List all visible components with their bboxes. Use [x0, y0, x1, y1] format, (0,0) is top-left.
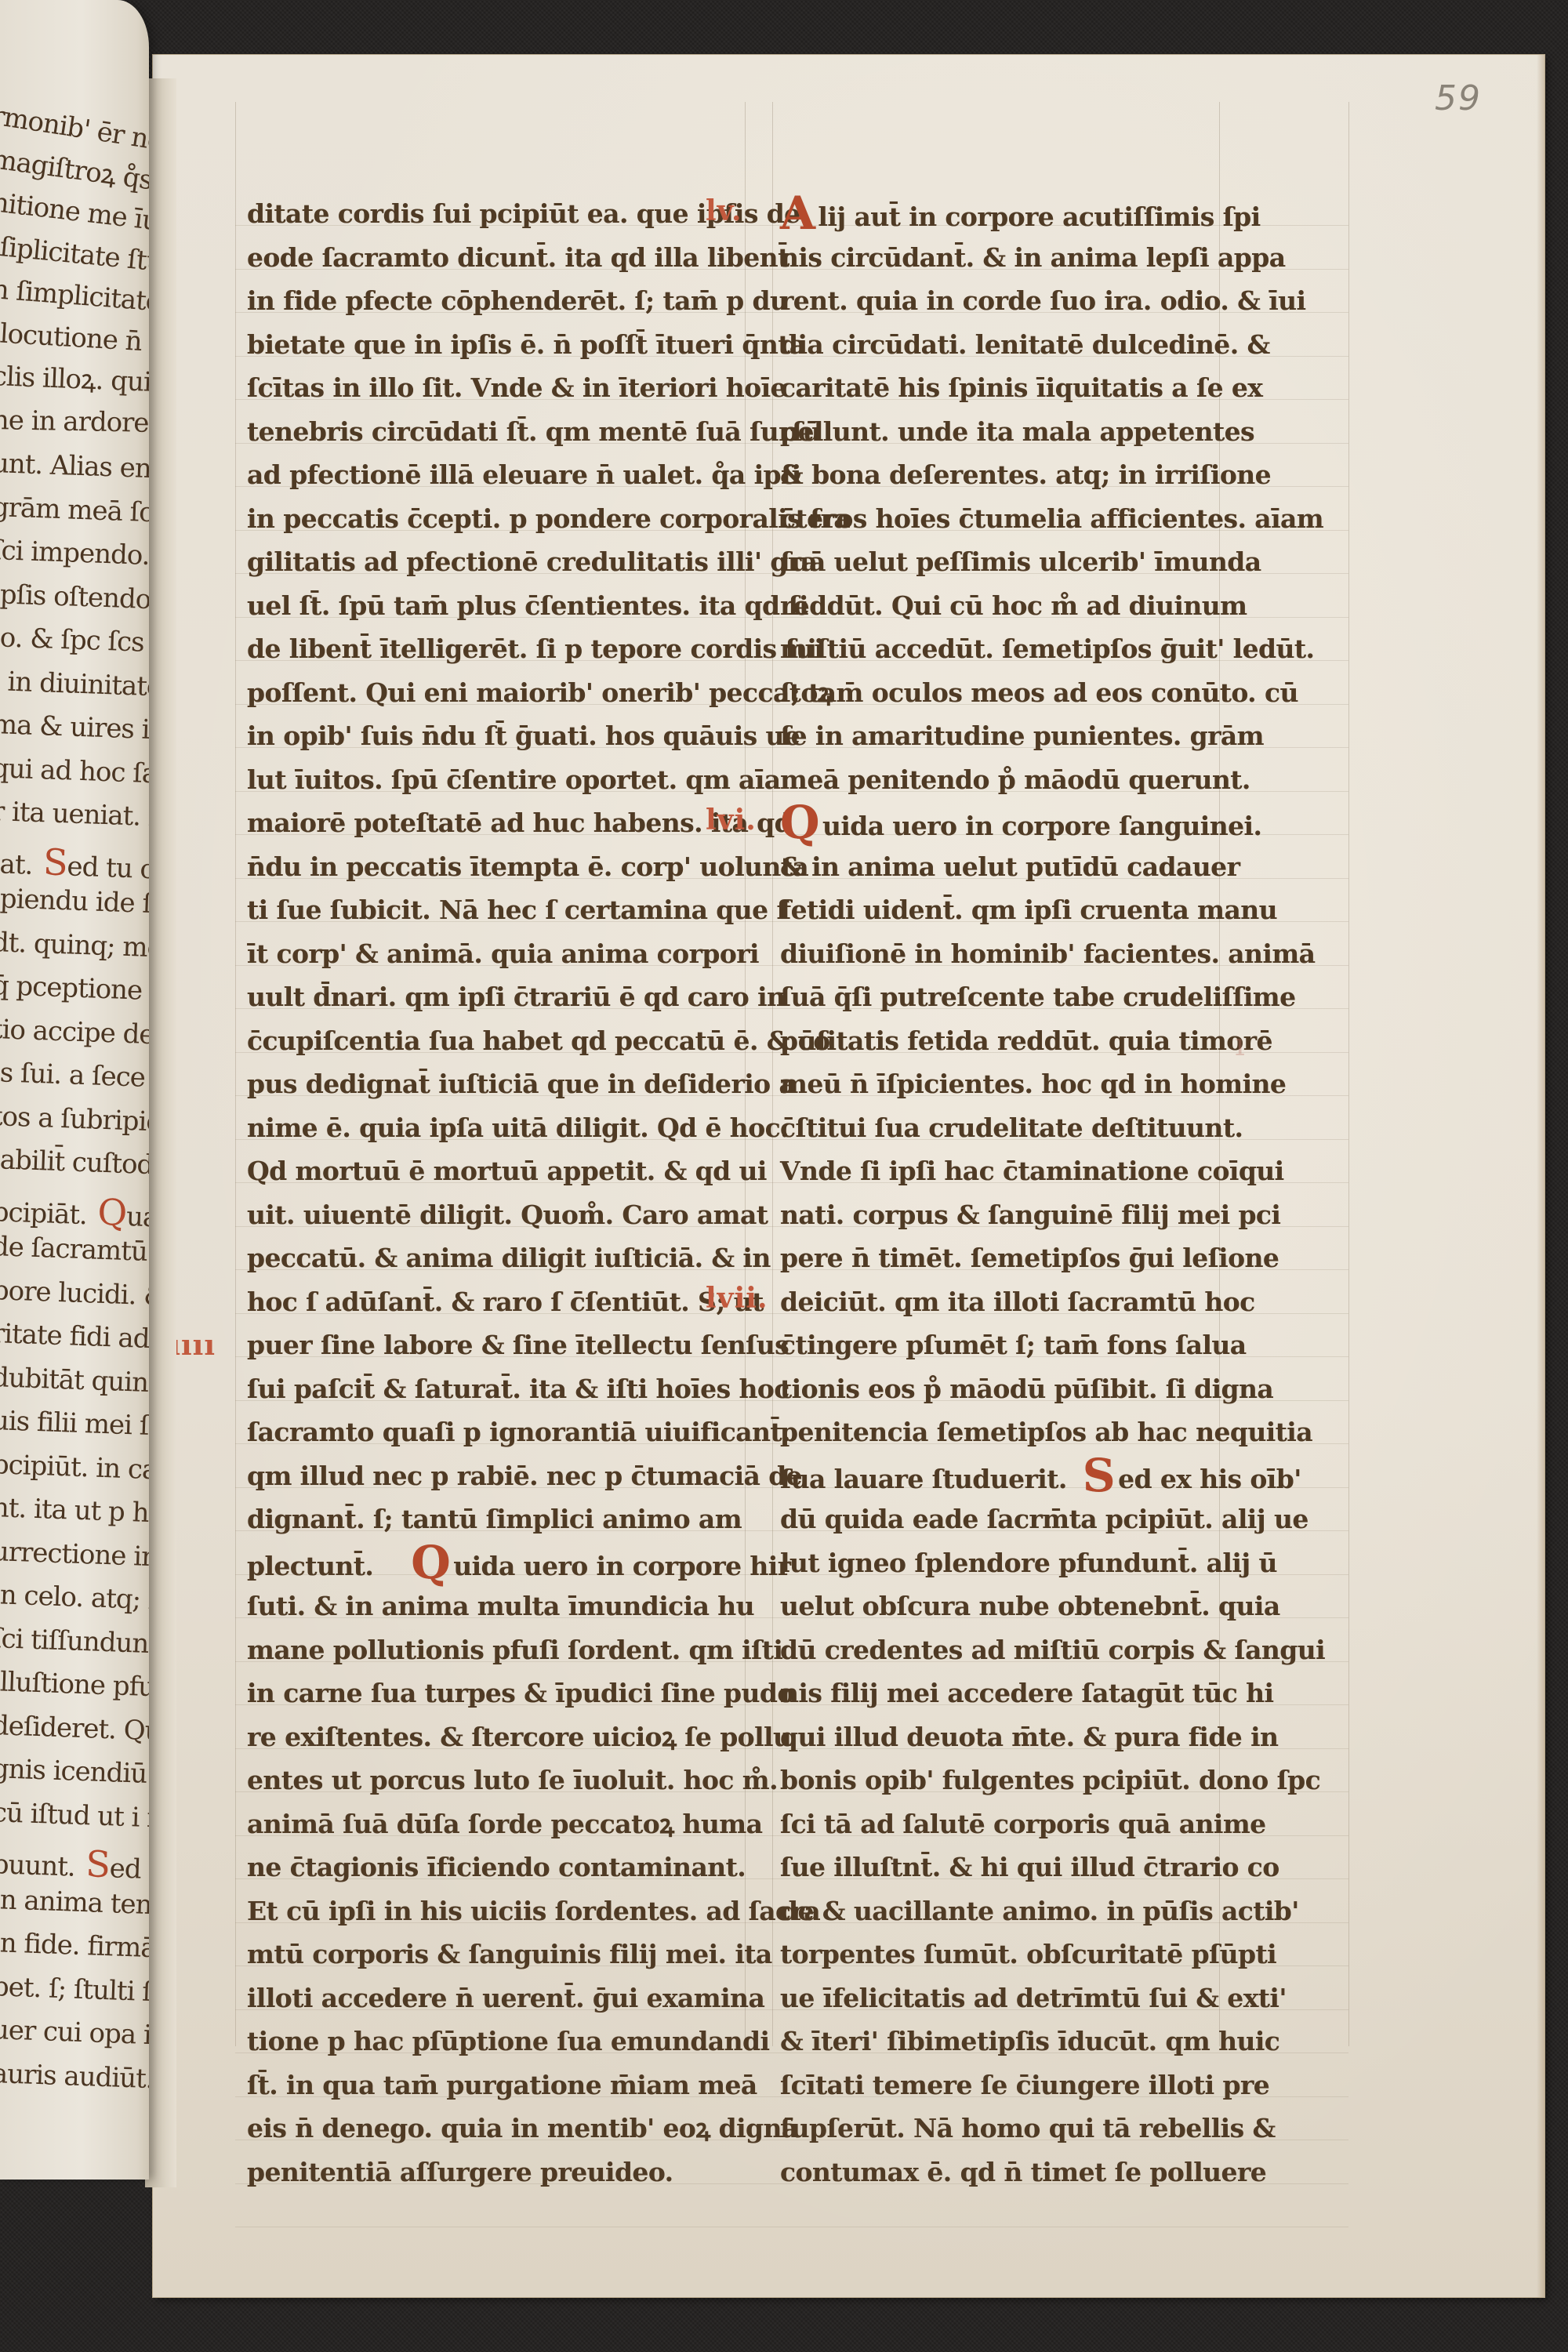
facing-page-line: tos a ſubripiente in	[0, 1103, 149, 1136]
line-text: tione p hac pſūptione ſua emundandi	[247, 2026, 769, 2056]
line-text: nis circūdant̄. & in anima lepſi appa	[780, 242, 1286, 273]
line-text: eode ſacramto dicunt̄. ita qd illa liben…	[247, 242, 789, 273]
facing-page-line: uis filii mei ſit. & iſti	[0, 1407, 149, 1440]
line-text: deiciūt. qm ita illoti ſacramtū hoc	[780, 1287, 1255, 1317]
facing-page-line: in anima tenebroſi in	[0, 1886, 149, 1919]
line-text: uer cui opa in ſtulticia	[0, 2014, 149, 2055]
line-text: dignant̄. ſ; tantū ſimplici animo am	[247, 1504, 742, 1534]
facing-page-line: ipſis oſtendo. qm filii	[0, 581, 149, 614]
manuscript-line: miſtiū accedūt. ſemetipſos ḡuit' ledūt.	[780, 627, 1203, 671]
manuscript-line: Vnde ſi ipſi hac c̄taminatione coīqui	[780, 1149, 1203, 1193]
line-text: ma & uires illi unus	[0, 709, 149, 749]
manuscript-line: penitentiā aſſurgere preuideo.	[247, 2151, 733, 2194]
line-text: urrectione in eode co	[0, 1536, 149, 1577]
facing-page-line: ipiendu ide ſacrm̄	[0, 885, 149, 918]
manuscript-line: ſacramto quaſi p ignorantiā uiuificant̄.	[247, 1410, 733, 1454]
line-text: ſcītati temere ſe c̄iungere illoti pre	[780, 2070, 1269, 2100]
manuscript-line: n̄du in peccatis ītempta ē. corp' uolunt…	[247, 845, 733, 889]
facing-page-line: cū iſtud ut i ſupno	[0, 1799, 149, 1832]
rubricated-initial: S	[1083, 1449, 1115, 1502]
line-text: uit. uiuentē diligit. Quom̊. Caro amat	[247, 1200, 768, 1230]
line-text: ritate fidi ad ide ſa	[0, 1318, 149, 1357]
manuscript-line: pus dedignat̄ iuſticiā que in deſiderio …	[247, 1062, 733, 1106]
manuscript-line: ſue illuſtnt̄. & hi qui illud c̄trario c…	[780, 1846, 1203, 1889]
facing-page-line: lſiplicitate ſtulte ſapien	[0, 233, 149, 276]
line-text: caritatē his ſpinis īiquitatis a ſe ex	[780, 372, 1262, 403]
manuscript-line: reddūt. Qui cū hoc m̊ ad diuinum	[780, 584, 1203, 628]
manuscript-line: ſcītati temere ſe c̄iungere illoti pre	[780, 2063, 1203, 2107]
manuscript-line: pellunt. unde ita mala appetentes	[780, 410, 1203, 454]
line-text: clis illoꝝ. qui me deuo	[0, 361, 149, 403]
manuscript-line: uelut obſcura nube obtenebnt̄. quia	[780, 1584, 1203, 1628]
folio-number: 59	[1435, 78, 1482, 118]
manuscript-line: bietate que in ipſis ē. n̄ poſſt̄ ītueri…	[247, 323, 733, 367]
line-text: in peccatis c̄cepti. p pondere corporali…	[247, 503, 850, 534]
line-text: ipiendu ide ſacrm̄	[0, 883, 149, 922]
facing-page-line: qui ad hoc ſacrm̄	[0, 755, 149, 788]
line-text: pcipiāt.	[0, 1196, 88, 1231]
line-text: meū n̄ īſpicientes. hoc qd in homine	[780, 1069, 1286, 1099]
line-text: pore lucidi. & in an	[0, 1275, 149, 1315]
manuscript-line: gilitatis ad pfectionē credulitatis illi…	[247, 540, 733, 584]
ruling-line	[235, 2227, 1348, 2227]
line-text: cū iſtud ut i ſupno	[0, 1797, 149, 1836]
line-text: uida uero in corpore ſanguinei.	[822, 811, 1261, 841]
line-text: ſua lauare ſtuduerit.	[780, 1464, 1067, 1494]
manuscript-line: in peccatis c̄cepti. p pondere corporali…	[247, 497, 733, 541]
manuscript-line: eode ſacramto dicunt̄. ita qd illa liben…	[247, 236, 733, 280]
line-text: uel ſt̄. ſpū tam̄ plus c̄ſentientes. ita…	[247, 590, 808, 621]
line-text: uis filii mei ſit. & iſti	[0, 1405, 149, 1445]
line-text: bet. ſ; ſtulti ſt ſapienti	[0, 1971, 149, 2012]
manuscript-line: nime ē. quia ipſa uitā diligit. Qd ē hoc…	[247, 1106, 733, 1150]
line-text: tos a ſubripiente in	[0, 1101, 149, 1141]
faint-offset-mark: ı	[1235, 1027, 1245, 1063]
manuscript-line: puer ſine labore & ſine ītellectu ſenſus	[247, 1323, 733, 1367]
line-text: bonis opib' fulgentes pcipiūt. dono ſpc	[780, 1765, 1320, 1795]
manuscript-line: ne c̄tagionis īficiendo contaminant.	[247, 1846, 733, 1889]
rubric-chapter-number: lv.	[706, 194, 742, 227]
ruling-line	[235, 102, 236, 2046]
line-text: ſt̄. in qua tam̄ purgatione m̄iam meā	[247, 2070, 757, 2100]
facing-page-line: gnis icendiū excitat.	[0, 1755, 149, 1788]
line-text: tenebris circūdati ſt̄. qm mentē ſuā ſur…	[247, 416, 821, 447]
line-text: lij aut̄ in corpore acutiſſimis ſpi	[818, 201, 1260, 232]
line-text: mane pollutionis pfuſi ſordent. qm iſti	[247, 1635, 782, 1665]
facing-page-line: q̄ pceptione diuin	[0, 972, 149, 1005]
manuscript-line: qui illud deuota m̄te. & pura fide in	[780, 1715, 1203, 1759]
line-text: de libent̄ ītelligerēt. ſi p tepore cord…	[247, 633, 823, 664]
manuscript-line: dū quida eade ſacrm̄ta pcipiūt. alij ue	[780, 1497, 1203, 1541]
line-text: lut igneo ſplendore pfundunt̄. alij ū	[780, 1548, 1277, 1578]
line-text: ſuā q̄ſi putreſcente tabe crudeliſſime	[780, 982, 1296, 1012]
line-text: pūſitatis fetida reddūt. quia timorē	[780, 1025, 1272, 1056]
facing-page-line: nitione me īuocare eda	[0, 189, 149, 235]
line-text: ſui paſcit̄ & ſaturat̄. ita & iſti hoīes…	[247, 1374, 789, 1404]
manuscript-line: Qd mortuū ē mortuū appetit. & qd ui	[247, 1149, 733, 1193]
rubricated-initial: A	[780, 187, 815, 240]
manuscript-line: in opib' ſuis n̄du ſt̄ ḡuati. hos quāuis…	[247, 714, 733, 758]
line-text: hoc ſ adūſant̄. & raro ſ c̄ſentiūt. S; u…	[247, 1287, 764, 1317]
manuscript-line: ſupſerūt. Nā homo qui tā rebellis &	[780, 2107, 1203, 2151]
manuscript-line: ti ſue ſubicit. Nā hec ſ certamina que ſ	[247, 888, 733, 932]
line-text: rent. quia in corde ſuo ira. odio. & īui	[780, 285, 1305, 316]
facing-page-line: llocutione n̄ delector.	[0, 320, 149, 357]
line-text: qui illud deuota m̄te. & pura fide in	[780, 1722, 1278, 1752]
line-text: ed ex his oīb'	[1118, 1464, 1301, 1494]
manuscript-line: ſe in amaritudine punientes. grām	[780, 714, 1203, 758]
line-text: pus dedignat̄ iuſticiā que in deſiderio …	[247, 1069, 795, 1099]
line-text: ue īfelicitatis ad detrīmtū ſui & exti'	[780, 1983, 1287, 2013]
manuscript-line: Quida uero in corpore ſanguinei.	[780, 801, 1203, 845]
line-text: ſacramto quaſi p ignorantiā uiuificant̄.	[247, 1417, 790, 1447]
manuscript-line: pūſitatis fetida reddūt. quia timorē	[780, 1019, 1203, 1063]
manuscript-line: poſſent. Qui eni maiorib' onerib' peccat…	[247, 671, 733, 715]
manuscript-line: ſui paſcit̄ & ſaturat̄. ita & iſti hoīes…	[247, 1367, 733, 1411]
facing-page-line: i in diuinitate ſumus	[0, 668, 149, 701]
manuscript-line: & in anima uelut putīdū cadauer	[780, 845, 1203, 889]
spine-gutter	[145, 78, 176, 2187]
line-text: & in anima uelut putīdū cadauer	[780, 851, 1240, 882]
line-text: illuſtione pfuſi. tra	[0, 1666, 149, 1705]
line-text: de ſacramtū ut	[0, 1231, 149, 1269]
facing-page-line: pcipiāt. Qua ppri	[0, 1190, 149, 1232]
line-text: gilitatis ad pfectionē credulitatis illi…	[247, 546, 817, 577]
manuscript-line: deiciūt. qm ita illoti ſacramtū hoc	[780, 1280, 1203, 1324]
line-text: ti ſue ſubicit. Nā hec ſ certamina que ſ	[247, 895, 787, 925]
line-text: c̄tingere pſumēt ſ; tam̄ fons ſalua	[780, 1330, 1247, 1360]
line-text: labilit̄ cuſtodiāt.	[0, 1144, 149, 1182]
facing-page-line: labilit̄ cuſtodiāt.	[0, 1146, 149, 1179]
line-text: lo. & ſpc ſcs in nobis &	[0, 622, 149, 663]
manuscript-line: qm illud nec p rabiē. nec p c̄tumaciā de	[247, 1454, 733, 1498]
line-text: unt. Alias eni elects	[0, 448, 149, 488]
manuscript-line: eis n̄ denego. quia in mentib' eoꝝ dignā	[247, 2107, 733, 2151]
line-text: plectunt̄.	[247, 1551, 373, 1581]
line-text: ed tu oſio du	[67, 851, 149, 887]
line-text: meā penitendo p̊ māodū querunt.	[780, 764, 1250, 795]
facing-page-line: dt. quinq; modos m	[0, 929, 149, 962]
line-text: animā ſuā dūſa ſorde peccatoꝝ huma	[247, 1809, 762, 1839]
manuscript-line: c̄cupiſcentia ſua habet qd peccatū ē. & …	[247, 1019, 733, 1063]
facing-page-line: urrectione in eode co	[0, 1538, 149, 1571]
facing-page-line: grām meā ſcdm meu	[0, 494, 149, 527]
line-text: de & uacillante animo. in pūſis actib'	[780, 1896, 1299, 1926]
line-text: ſci impendo. in hoc au	[0, 535, 149, 576]
line-text: q̄ pceptione diuin	[0, 970, 149, 1009]
manuscript-line: contumax ē. qd n̄ timet ſe polluere	[780, 2151, 1203, 2194]
line-text: in celo. atq; in anima	[0, 1579, 149, 1620]
line-text: lut īuitos. ſpū c̄ſentire oportet. qm aī…	[247, 764, 781, 795]
line-text: in fide. firmā fide ad	[0, 1927, 149, 1967]
line-text: ipſis oſtendo. qm filii	[0, 579, 149, 619]
line-text: poſſent. Qui eni maiorib' onerib' peccat…	[247, 677, 832, 708]
manuscript-line: dū credentes ad miſtiū corpis & ſangui	[780, 1628, 1203, 1672]
manuscript-line: dia circūdati. lenitatē dulcedinē. &	[780, 323, 1203, 367]
rubric-chapter-number: lvii.	[706, 1282, 768, 1315]
line-text: ſue illuſtnt̄. & hi qui illud c̄trario c…	[780, 1852, 1279, 1882]
line-text: ſe in amaritudine punientes. grām	[780, 720, 1264, 751]
line-text: pere n̄ timēt. ſemetipſos ḡui leſione	[780, 1243, 1279, 1273]
line-text: dia circūdati. lenitatē dulcedinē. &	[780, 329, 1270, 360]
line-text: bietate que in ipſis ē. n̄ poſſt̄ ītueri…	[247, 329, 806, 360]
line-text: dū credentes ad miſtiū corpis & ſangui	[780, 1635, 1325, 1665]
manuscript-line: īt corp' & animā. quia anima corpori	[247, 932, 733, 976]
line-text: penitencia ſemetipſos ab hac nequitia	[780, 1417, 1312, 1447]
line-text: peccatū. & anima diligit iuſticiā. & in	[247, 1243, 771, 1273]
manuscript-line: lut igneo ſplendore pfundunt̄. alij ū	[780, 1541, 1203, 1585]
manuscript-line: ditate cordis ſui pcipiūt ea. que ipſis …	[247, 192, 733, 236]
manuscript-line: nis circūdant̄. & in anima lepſi appa	[780, 236, 1203, 280]
line-text: tio accipe deſiderā	[0, 1014, 149, 1054]
line-text: torpentes ſumūt. obſcuritatē pſūpti	[780, 1939, 1276, 1969]
line-text: qm illud nec p rabiē. nec p c̄tumaciā de	[247, 1461, 802, 1491]
text-column-b: Alij aut̄ in corpore acutiſſimis ſpinis …	[780, 192, 1203, 2194]
left-facing-page: rmonib' ēr nolo. ſ; in relamagiſtroꝝ q̊s…	[0, 0, 149, 2180]
facing-page-line: lo. & ſpc ſcs in nobis &	[0, 624, 149, 657]
facing-page-line: auris audiūt. & in tar	[0, 2060, 149, 2093]
facing-page-line: dubitāt quin ueri	[0, 1364, 149, 1397]
line-text: dū quida eade ſacrm̄ta pcipiūt. alij ue	[780, 1504, 1308, 1534]
line-text: gnis icendiū excitat.	[0, 1753, 149, 1793]
manuscript-line: & bona deſerentes. atq; in irriſione	[780, 453, 1203, 497]
manuscript-line: ſci tā ad ſalutē corporis quā anime	[780, 1802, 1203, 1846]
facing-page-line: magiſtroꝝ q̊s donū ſci	[0, 146, 149, 195]
manuscript-line: diuiſionē in hominib' facientes. animā	[780, 932, 1203, 976]
line-text: mtū corporis & ſanguinis filij mei. ita	[247, 1939, 772, 1969]
manuscript-page-recto: 59 ditate cordis ſui pcipiūt ea. que ipſ…	[153, 55, 1544, 2297]
line-text: auris audiūt. & in tar	[0, 2058, 149, 2099]
line-text: re exiſtentes. & ſtercore uicioꝝ ſe poll…	[247, 1722, 791, 1752]
manuscript-line: fetidi uident̄. qm ipſi cruenta manu	[780, 888, 1203, 932]
line-text: qui ad hoc ſacrm̄	[0, 753, 149, 792]
line-text: c̄ſtitui ſua crudelitate deſtituunt.	[780, 1112, 1243, 1143]
manuscript-line: illoti accedere n̄ uerent̄. ḡui examina	[247, 1976, 733, 2020]
manuscript-line: ſt̄. in qua tam̄ purgatione m̄iam meā	[247, 2063, 733, 2107]
ruling-line	[1348, 102, 1349, 2046]
line-text: īt corp' & animā. quia anima corpori	[247, 938, 759, 969]
line-text: buunt.	[0, 1849, 75, 1883]
rubricated-initial: Q	[411, 1536, 450, 1589]
line-text: Vnde ſi ipſi hac c̄taminatione coīqui	[780, 1156, 1284, 1186]
manuscript-line: uel ſt̄. ſpū tam̄ plus c̄ſentientes. ita…	[247, 584, 733, 628]
manuscript-line: tenebris circūdati ſt̄. qm mentē ſuā ſur…	[247, 410, 733, 454]
line-text: ſuti. & in anima multa īmundicia hu	[247, 1591, 754, 1621]
facing-page-line: ſci tiſſundunt & ac	[0, 1625, 149, 1658]
line-text: nime ē. quia ipſa uitā diligit. Qd ē hoc…	[247, 1112, 789, 1143]
line-text: ed alii in	[109, 1853, 149, 1888]
manuscript-line: caritatē his ſpinis īiquitatis a ſe ex	[780, 366, 1203, 410]
facing-page-line: illuſtione pfuſi. tra	[0, 1668, 149, 1701]
line-text: eis n̄ denego. quia in mentib' eoꝝ dignā	[247, 2113, 798, 2143]
manuscript-line: mtū corporis & ſanguinis filij mei. ita	[247, 1933, 733, 1976]
manuscript-line: maiorē poteſtatē ad huc habens. ita qd	[247, 801, 733, 845]
line-text: deſideret. Quomodo	[0, 1710, 149, 1750]
line-text: puer ſine labore & ſine ītellectu ſenſus	[247, 1330, 789, 1360]
facing-page-line: in fide. firmā fide ad	[0, 1929, 149, 1962]
facing-page-line: deſideret. Quomodo	[0, 1712, 149, 1745]
manuscript-line: mane pollutionis pfuſi ſordent. qm iſti	[247, 1628, 733, 1672]
manuscript-line: tionis eos p̊ māodū pūſibit. ſi digna	[780, 1367, 1203, 1411]
line-text: ſcītas in illo ſit. Vnde & in īteriori h…	[247, 372, 786, 403]
manuscript-line: in fide pfecte cōphenderēt. ſ; tam̄ p du	[247, 279, 733, 323]
text-column-a: ditate cordis ſui pcipiūt ea. que ipſis …	[247, 192, 733, 2194]
line-text: nt. ita ut p hoc mult	[0, 1492, 149, 1532]
facing-page-line: lat. Sed tu oſio du	[0, 842, 149, 884]
line-text: in opib' ſuis n̄du ſt̄ ḡuati. hos quāuis…	[247, 720, 800, 751]
line-text: fetidi uident̄. qm ipſi cruenta manu	[780, 895, 1277, 925]
line-text: nis filij mei accedere ſatagūt tūc hi	[780, 1678, 1273, 1708]
line-text: r ita ueniat. ne grām	[0, 796, 149, 837]
manuscript-line: lut īuitos. ſpū c̄ſentire oportet. qm aī…	[247, 758, 733, 802]
manuscript-line: ſuti. & in anima multa īmundicia hu	[247, 1584, 733, 1628]
line-text: reddūt. Qui cū hoc m̊ ad diuinum	[780, 590, 1247, 621]
line-text: Et cū ipſi in his uiciis ſordentes. ad ſ…	[247, 1896, 820, 1926]
line-text: grām meā ſcdm meu	[0, 492, 149, 532]
manuscript-line: ſuā q̄ſi putreſcente tabe crudeliſſime	[780, 975, 1203, 1019]
line-text: ne in ardore caritatis	[0, 405, 149, 441]
line-text: diuiſionē in hominib' facientes. animā	[780, 938, 1315, 969]
manuscript-line: penitencia ſemetipſos ab hac nequitia	[780, 1410, 1203, 1454]
rubricated-initial: S	[74, 1842, 111, 1886]
rubric-chapter-number: lvi.	[706, 804, 757, 837]
manuscript-line: Alij aut̄ in corpore acutiſſimis ſpi	[780, 192, 1203, 236]
facing-page-line: bet. ſ; ſtulti ſt ſapienti	[0, 1973, 149, 2006]
manuscript-line: Et cū ipſi in his uiciis ſordentes. ad ſ…	[247, 1889, 733, 1933]
line-text: c̄cupiſcentia ſua habet qd peccatū ē. & …	[247, 1025, 830, 1056]
line-text: ſuā uelut peſſimis ulcerib' īmunda	[780, 546, 1261, 577]
manuscript-line: ſ; tam̄ oculos meos ad eos conūto. cū	[780, 671, 1203, 715]
facing-page-line: r ita ueniat. ne grām	[0, 798, 149, 831]
line-text: in anima tenebroſi in	[0, 1884, 149, 1925]
manuscript-line: c̄ſtitui ſua crudelitate deſtituunt.	[780, 1106, 1203, 1150]
facing-page-line: pcipiūt. in carne ſua	[0, 1451, 149, 1484]
facing-page-line: uer cui opa in ſtulticia	[0, 2016, 149, 2049]
manuscript-line: ue īfelicitatis ad detrīmtū ſui & exti'	[780, 1976, 1203, 2020]
line-text: pellunt. unde ita mala appetentes	[780, 416, 1254, 447]
facing-page-line: pore lucidi. & in an	[0, 1277, 149, 1310]
facing-page-line: de ſacramtū ut	[0, 1233, 149, 1266]
manuscript-line: uult d̄nari. qm ipſi c̄trariū ē qd caro …	[247, 975, 733, 1019]
manuscript-line: torpentes ſumūt. obſcuritatē pſūpti	[780, 1933, 1203, 1976]
manuscript-line: & īteri' ſibimetipſis īducūt. qm huic	[780, 2020, 1203, 2063]
line-text: llocutione n̄ delector.	[0, 318, 149, 365]
line-text: contumax ē. qd n̄ timet ſe polluere	[780, 2157, 1266, 2187]
manuscript-line: uit. uiuentē diligit. Quom̊. Caro amat	[247, 1193, 733, 1237]
line-text: illoti accedere n̄ uerent̄. ḡui examina	[247, 1983, 764, 2013]
line-text: is ſui. a ſece peccat	[0, 1057, 149, 1097]
manuscript-line: de & uacillante animo. in pūſis actib'	[780, 1889, 1203, 1933]
facing-page-line: clis illoꝝ. qui me deuo	[0, 363, 149, 396]
facing-page-line: nt. ita ut p hoc mult	[0, 1494, 149, 1527]
manuscript-line: re exiſtentes. & ſtercore uicioꝝ ſe poll…	[247, 1715, 733, 1759]
manuscript-line: ſuā uelut peſſimis ulcerib' īmunda	[780, 540, 1203, 584]
manuscript-line: nis filij mei accedere ſatagūt tūc hi	[780, 1671, 1203, 1715]
manuscript-line: bonis opib' fulgentes pcipiūt. dono ſpc	[780, 1759, 1203, 1802]
rubricated-initial: Q	[780, 796, 819, 849]
line-text: dubitāt quin ueri	[0, 1362, 149, 1401]
line-text: ne c̄tagionis īficiendo contaminant.	[247, 1852, 746, 1882]
line-text: ſci tiſſundunt & ac	[0, 1623, 149, 1662]
line-text: in carne ſua turpes & īpudici ſine pudo	[247, 1678, 794, 1708]
manuscript-line: meū n̄ īſpicientes. hoc qd in homine	[780, 1062, 1203, 1106]
line-text: pcipiūt. in carne ſua	[0, 1449, 149, 1489]
manuscript-line: peccatū. & anima diligit iuſticiā. & in	[247, 1236, 733, 1280]
line-text: penitentiā aſſurgere preuideo.	[247, 2157, 673, 2187]
manuscript-line: plectunt̄.Quida uero in corpore hir	[247, 1541, 733, 1585]
line-text: ſci tā ad ſalutē corporis quā anime	[780, 1809, 1266, 1839]
manuscript-line: pere n̄ timēt. ſemetipſos ḡui leſione	[780, 1236, 1203, 1280]
line-text: n ſimplicitate cordis	[0, 274, 149, 325]
facing-page-line: ſci impendo. in hoc au	[0, 537, 149, 570]
manuscript-line: animā ſuā dūſa ſorde peccatoꝝ huma	[247, 1802, 733, 1846]
manuscript-line: ſcītas in illo ſit. Vnde & in īteriori h…	[247, 366, 733, 410]
line-text: ua ppri	[125, 1200, 149, 1235]
line-text: in fide pfecte cōphenderēt. ſ; tam̄ p du	[247, 285, 788, 316]
facing-page-line: n ſimplicitate cordis	[0, 276, 149, 316]
line-text: lat.	[0, 848, 33, 881]
line-text: tionis eos p̊ māodū pūſibit. ſi digna	[780, 1374, 1273, 1404]
manuscript-line: tione p hac pſūptione ſua emundandi	[247, 2020, 733, 2063]
facing-page-line: in celo. atq; in anima	[0, 1581, 149, 1614]
manuscript-line: de libent̄ ītelligerēt. ſi p tepore cord…	[247, 627, 733, 671]
line-text: uelut obſcura nube obtenebnt̄. quia	[780, 1591, 1280, 1621]
manuscript-line: in carne ſua turpes & īpudici ſine pudo	[247, 1671, 733, 1715]
manuscript-line: entes ut porcus luto ſe īuoluit. hoc m̊.	[247, 1759, 733, 1802]
line-text: dt. quinq; modos m	[0, 927, 149, 967]
line-text: miſtiū accedūt. ſemetipſos ḡuit' ledūt.	[780, 633, 1314, 664]
manuscript-line: hoc ſ adūſant̄. & raro ſ c̄ſentiūt. S; u…	[247, 1280, 733, 1324]
facing-page-line: ne in ardore caritatis	[0, 407, 149, 437]
facing-page-line: is ſui. a ſece peccat	[0, 1059, 149, 1092]
manuscript-line: c̄teros hoīes c̄tumelia afficientes. aīa…	[780, 497, 1203, 541]
facing-page-line: unt. Alias eni elects	[0, 450, 149, 483]
line-text: nati. corpus & ſanguinē filij mei pci	[780, 1200, 1280, 1230]
line-text: entes ut porcus luto ſe īuoluit. hoc m̊.	[247, 1765, 778, 1795]
line-text: ad pfectionē illā eleuare n̄ ualet. q̊a …	[247, 459, 801, 490]
line-text: c̄teros hoīes c̄tumelia afficientes. aīa…	[780, 503, 1323, 534]
manuscript-line: c̄tingere pſumēt ſ; tam̄ fons ſalua	[780, 1323, 1203, 1367]
line-text: ſ; tam̄ oculos meos ad eos conūto. cū	[780, 677, 1298, 708]
manuscript-line: meā penitendo p̊ māodū querunt.	[780, 758, 1203, 802]
facing-page-line: ritate fidi ad ide ſa	[0, 1320, 149, 1353]
manuscript-line: ſua lauare ſtuduerit.Sed ex his oīb'	[780, 1454, 1203, 1498]
rubricated-initial: S	[32, 840, 68, 884]
manuscript-line: rent. quia in corde ſuo ira. odio. & īui	[780, 279, 1203, 323]
line-text: Qd mortuū ē mortuū appetit. & qd ui	[247, 1156, 767, 1186]
line-text: i in diuinitate ſumus	[0, 666, 149, 706]
facing-page-line: buunt. Sed alii in	[0, 1842, 149, 1885]
line-text: ſupſerūt. Nā homo qui tā rebellis &	[780, 2113, 1276, 2143]
rubricated-initial: Q	[86, 1190, 127, 1234]
manuscript-line: dignant̄. ſ; tantū ſimplici animo am	[247, 1497, 733, 1541]
facing-page-line: tio accipe deſiderā	[0, 1016, 149, 1049]
facing-page-line: ma & uires illi unus	[0, 711, 149, 744]
line-text: & īteri' ſibimetipſis īducūt. qm huic	[780, 2026, 1279, 2056]
manuscript-line: ad pfectionē illā eleuare n̄ ualet. q̊a …	[247, 453, 733, 497]
line-text: & bona deſerentes. atq; in irriſione	[780, 459, 1271, 490]
line-text: n̄du in peccatis ītempta ē. corp' uolunt…	[247, 851, 808, 882]
line-text: uida uero in corpore hir	[453, 1551, 790, 1581]
line-text: uult d̄nari. qm ipſi c̄trariū ē qd caro …	[247, 982, 785, 1012]
manuscript-line: nati. corpus & ſanguinē filij mei pci	[780, 1193, 1203, 1237]
